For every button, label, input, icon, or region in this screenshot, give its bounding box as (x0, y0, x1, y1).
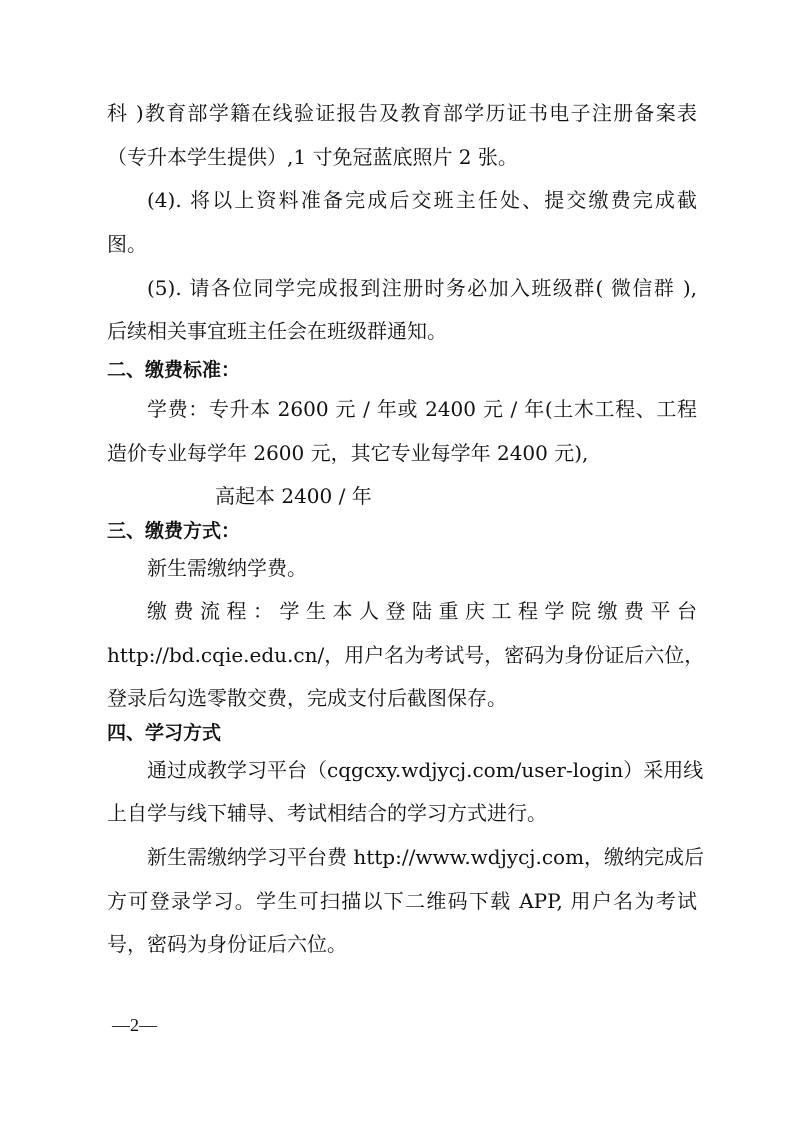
page-number: —2— (112, 1015, 157, 1036)
study-line-4: 方可登录学习。学生可扫描以下二维码下载 APP, 用户名为考试 (107, 886, 697, 916)
item-4-line-2: 图。 (107, 229, 697, 259)
fee-line-3: 高起本 2400 / 年 (107, 481, 697, 511)
item-5-line-1: (5). 请各位同学完成报到注册时务必加入班级群( 微信群 ), (107, 273, 697, 303)
text-line-2: （专升本学生提供）,1 寸免冠蓝底照片 2 张。 (107, 142, 697, 172)
item-5-line-2: 后续相关事宜班主任会在班级群通知。 (107, 316, 697, 346)
fee-line-2: 造价专业每学年 2600 元，其它专业每学年 2400 元), (107, 438, 697, 468)
section-heading-fee-standard: 二、缴费标准： (107, 355, 697, 385)
study-line-5: 号，密码为身份证后六位。 (107, 929, 697, 959)
payment-process-line-3: 登录后勾选零散交费，完成支付后截图保存。 (107, 683, 697, 713)
study-line-1: 通过成教学习平台（cqgcxy.wdjycj.com/user-login）采用… (107, 755, 697, 785)
section-heading-payment-method: 三、缴费方式： (107, 516, 697, 546)
study-line-2: 上自学与线下辅导、考试相结合的学习方式进行。 (107, 798, 697, 828)
fee-line-1: 学费：专升本 2600 元 / 年或 2400 元 / 年(土木工程、工程 (107, 394, 697, 424)
payment-process-line-2: http://bd.cqie.edu.cn/，用户名为考试号，密码为身份证后六位… (107, 640, 697, 670)
item-4-line-1: (4). 将以上资料准备完成后交班主任处、提交缴费完成截 (107, 185, 697, 215)
payment-process-line-1: 缴费流程：学生本人登陆重庆工程学院缴费平台 (107, 596, 697, 626)
payment-line-1: 新生需缴纳学费。 (107, 553, 697, 583)
text-line-1: 科 )教育部学籍在线验证报告及教育部学历证书电子注册备案表 (107, 98, 697, 128)
study-line-3: 新生需缴纳学习平台费 http://www.wdjycj.com，缴纳完成后 (107, 842, 697, 872)
section-heading-study-method: 四、学习方式 (107, 718, 697, 748)
